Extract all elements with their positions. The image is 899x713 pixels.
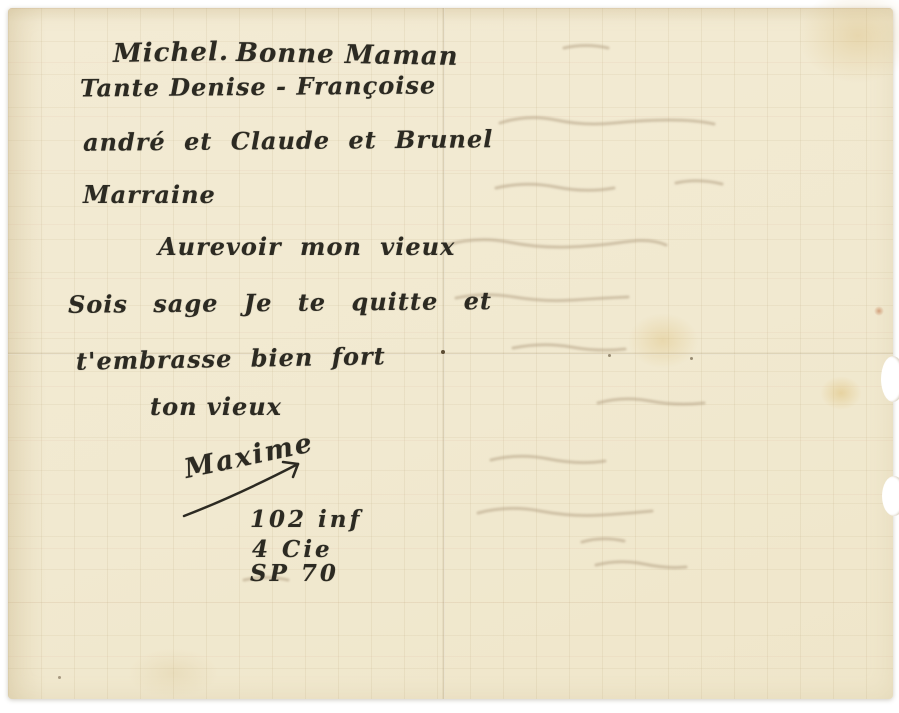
letter-line-closing: ton vieux [150, 392, 282, 421]
letter-line-recipients-3: Tante Denise - Françoise [80, 70, 436, 102]
torn-notch [881, 356, 899, 402]
paper-sheet: Michel. Bonne Maman Tante Denise - Franç… [8, 8, 893, 699]
letter-line-body-2: t'embrasse bien fort [76, 341, 386, 375]
scan-background: Michel. Bonne Maman Tante Denise - Franç… [0, 0, 899, 713]
unit-line-postal-sector: SP 70 [250, 560, 339, 587]
letter-line-recipients-4: andré et Claude et Brunel [83, 124, 494, 157]
letter-line-recipients-2: Bonne Maman [236, 38, 459, 72]
letter-line-farewell: Aurevoir mon vieux [158, 232, 455, 261]
letter-line-recipients-1: Michel. [113, 37, 229, 69]
unit-line-company: 4 Cie [252, 536, 333, 563]
unit-line-regiment: 102 inf [250, 506, 362, 533]
letter-line-recipients-5: Marraine [83, 180, 216, 209]
letter-line-body-1: Sois sage Je te quitte et [68, 286, 492, 319]
torn-notch [882, 476, 899, 516]
